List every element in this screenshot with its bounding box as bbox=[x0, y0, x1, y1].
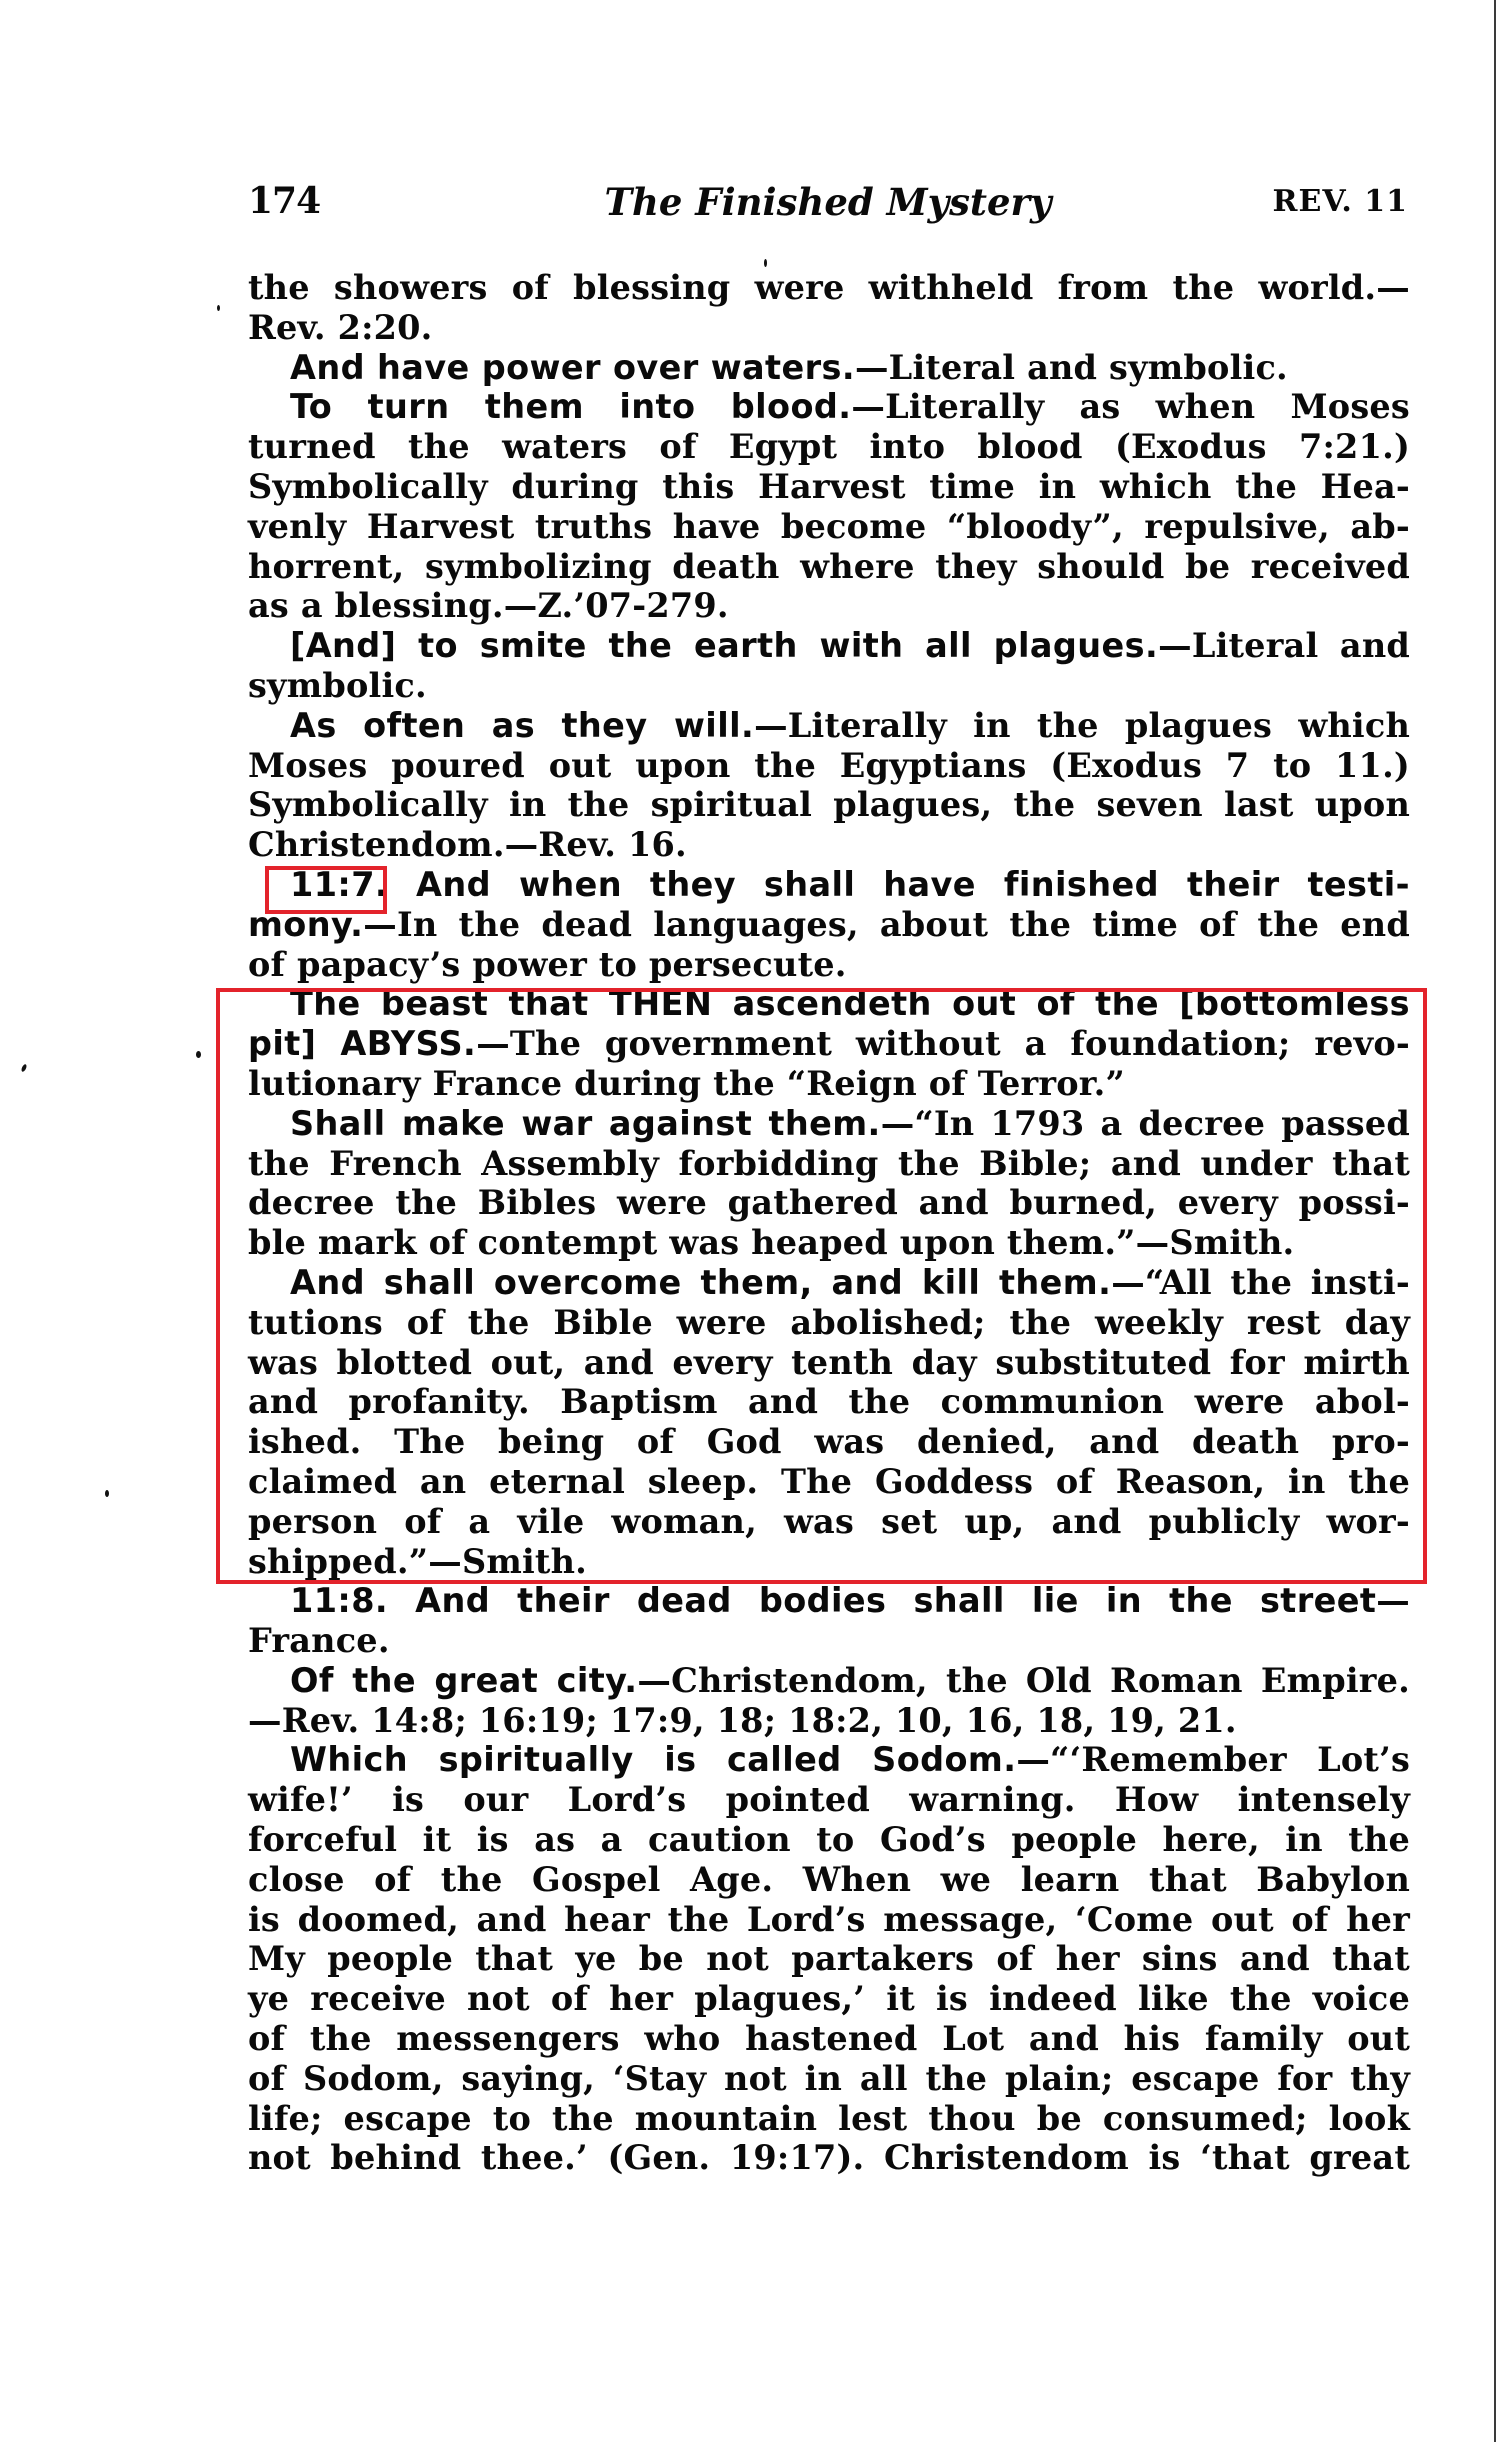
line-text: the showers of blessing were withheld fr… bbox=[248, 268, 1410, 307]
text-line: [And] to smite the earth with all plague… bbox=[248, 626, 1410, 666]
text-line: venly Harvest truths have become “bloody… bbox=[248, 507, 1410, 547]
text-line: not behind thee.’ (Gen. 19:17). Christen… bbox=[248, 2138, 1410, 2178]
text-line: Christendom.—Rev. 16. bbox=[248, 825, 1410, 865]
line-text: life; escape to the mountain lest thou b… bbox=[248, 2099, 1410, 2138]
passage-highlight bbox=[216, 988, 1427, 1584]
text-line: of the messengers who hastened Lot and h… bbox=[248, 2019, 1410, 2059]
bold-lead-phrase: Which spiritually is called Sodom. bbox=[290, 1740, 1016, 1779]
line-text: My people that ye be not partakers of he… bbox=[248, 1939, 1410, 1978]
line-text: horrent, symbolizing death where they sh… bbox=[248, 547, 1410, 586]
text-line: the showers of blessing were withheld fr… bbox=[248, 268, 1410, 308]
line-text: —Rev. 14:8; 16:19; 17:9, 18; 18:2, 10, 1… bbox=[248, 1701, 1237, 1740]
bold-lead-phrase: To turn them into blood. bbox=[290, 387, 851, 426]
text-line: Symbolically in the spiritual plagues, t… bbox=[248, 785, 1410, 825]
text-line: Which spiritually is called Sodom.—“‘Rem… bbox=[248, 1740, 1410, 1780]
text-line: 11:8. And their dead bodies shall lie in… bbox=[248, 1581, 1410, 1621]
line-text: of the messengers who hastened Lot and h… bbox=[248, 2019, 1410, 2058]
text-line: mony.—In the dead languages, about the t… bbox=[248, 905, 1410, 945]
line-text: venly Harvest truths have become “bloody… bbox=[248, 507, 1410, 546]
line-text: symbolic. bbox=[248, 666, 427, 705]
text-line: ye receive not of her plagues,’ it is in… bbox=[248, 1979, 1410, 2019]
line-text: —Literally as when Moses bbox=[851, 387, 1410, 426]
scan-speck bbox=[20, 1064, 27, 1073]
line-text: forceful it is as a caution to God’s peo… bbox=[248, 1820, 1410, 1859]
bold-lead-phrase: 11:8. And their dead bodies shall lie in… bbox=[290, 1581, 1376, 1620]
bold-lead-phrase: Of the great city. bbox=[290, 1661, 637, 1700]
text-line: —Rev. 14:8; 16:19; 17:9, 18; 18:2, 10, 1… bbox=[248, 1701, 1410, 1741]
chapter-reference: REV. 11 bbox=[1273, 184, 1408, 219]
text-line: To turn them into blood.—Literally as wh… bbox=[248, 387, 1410, 427]
text-line: turned the waters of Egypt into blood (E… bbox=[248, 427, 1410, 467]
text-line: Symbolically during this Harvest time in… bbox=[248, 467, 1410, 507]
text-line: Moses poured out upon the Egyptians (Exo… bbox=[248, 746, 1410, 786]
text-line: 11:7. And when they shall have finished … bbox=[248, 865, 1410, 905]
text-line: as a blessing.—Z.’07-279. bbox=[248, 586, 1410, 626]
line-text: Symbolically during this Harvest time in… bbox=[248, 467, 1410, 506]
text-line: life; escape to the mountain lest thou b… bbox=[248, 2099, 1410, 2139]
running-head: 174 The Finished Mystery REV. 11 bbox=[248, 180, 1408, 230]
line-text: is doomed, and hear the Lord’s message, … bbox=[248, 1900, 1410, 1939]
bold-lead-phrase: As often as they will. bbox=[290, 706, 754, 745]
text-line: France. bbox=[248, 1621, 1410, 1661]
text-line: horrent, symbolizing death where they sh… bbox=[248, 547, 1410, 587]
text-line: wife!’ is our Lord’s pointed warning. Ho… bbox=[248, 1780, 1410, 1820]
text-line: As often as they will.—Literally in the … bbox=[248, 706, 1410, 746]
text-line: is doomed, and hear the Lord’s message, … bbox=[248, 1900, 1410, 1940]
bold-lead-phrase: 11:7. And when they shall have finished … bbox=[290, 865, 1410, 904]
book-title: The Finished Mystery bbox=[248, 180, 1408, 224]
text-line: Rev. 2:20. bbox=[248, 308, 1410, 348]
page-edge-line bbox=[1494, 0, 1496, 2442]
line-text: Moses poured out upon the Egyptians (Exo… bbox=[248, 746, 1410, 785]
line-text: of Sodom, saying, ‘Stay not in all the p… bbox=[248, 2059, 1410, 2098]
text-line: of papacy’s power to persecute. bbox=[248, 945, 1410, 985]
scan-speck bbox=[105, 1490, 109, 1497]
line-text: France. bbox=[248, 1621, 390, 1660]
line-text: close of the Gospel Age. When we learn t… bbox=[248, 1860, 1410, 1899]
line-text: —Christendom, the Old Roman Empire. bbox=[637, 1661, 1410, 1700]
line-text: wife!’ is our Lord’s pointed warning. Ho… bbox=[248, 1780, 1410, 1819]
line-text: Symbolically in the spiritual plagues, t… bbox=[248, 785, 1410, 824]
scan-speck bbox=[764, 259, 767, 267]
text-line: forceful it is as a caution to God’s peo… bbox=[248, 1820, 1410, 1860]
scan-speck bbox=[217, 305, 220, 311]
text-line: And have power over waters.—Literal and … bbox=[248, 348, 1410, 388]
line-text: turned the waters of Egypt into blood (E… bbox=[248, 427, 1410, 466]
line-text: —Literal and bbox=[1158, 626, 1410, 665]
line-text: — bbox=[1376, 1581, 1410, 1620]
line-text: not behind thee.’ (Gen. 19:17). Christen… bbox=[248, 2138, 1410, 2177]
text-line: of Sodom, saying, ‘Stay not in all the p… bbox=[248, 2059, 1410, 2099]
text-line: My people that ye be not partakers of he… bbox=[248, 1939, 1410, 1979]
line-text: as a blessing.—Z.’07-279. bbox=[248, 586, 729, 625]
line-text: ye receive not of her plagues,’ it is in… bbox=[248, 1979, 1410, 2018]
line-text: Rev. 2:20. bbox=[248, 308, 433, 347]
line-text: —In the dead languages, about the time o… bbox=[363, 905, 1410, 944]
text-line: Of the great city.—Christendom, the Old … bbox=[248, 1661, 1410, 1701]
bold-lead-phrase: [And] to smite the earth with all plague… bbox=[290, 626, 1158, 665]
text-line: close of the Gospel Age. When we learn t… bbox=[248, 1860, 1410, 1900]
verse-marker-highlight bbox=[265, 866, 387, 914]
line-text: —“‘Remember Lot’s bbox=[1016, 1740, 1410, 1779]
line-text: Christendom.—Rev. 16. bbox=[248, 825, 687, 864]
line-text: —Literally in the plagues which bbox=[754, 706, 1410, 745]
text-line: symbolic. bbox=[248, 666, 1410, 706]
bold-lead-phrase: And have power over waters. bbox=[290, 348, 855, 387]
scan-speck bbox=[196, 1051, 201, 1058]
line-text: —Literal and symbolic. bbox=[855, 348, 1288, 387]
line-text: of papacy’s power to persecute. bbox=[248, 945, 847, 984]
